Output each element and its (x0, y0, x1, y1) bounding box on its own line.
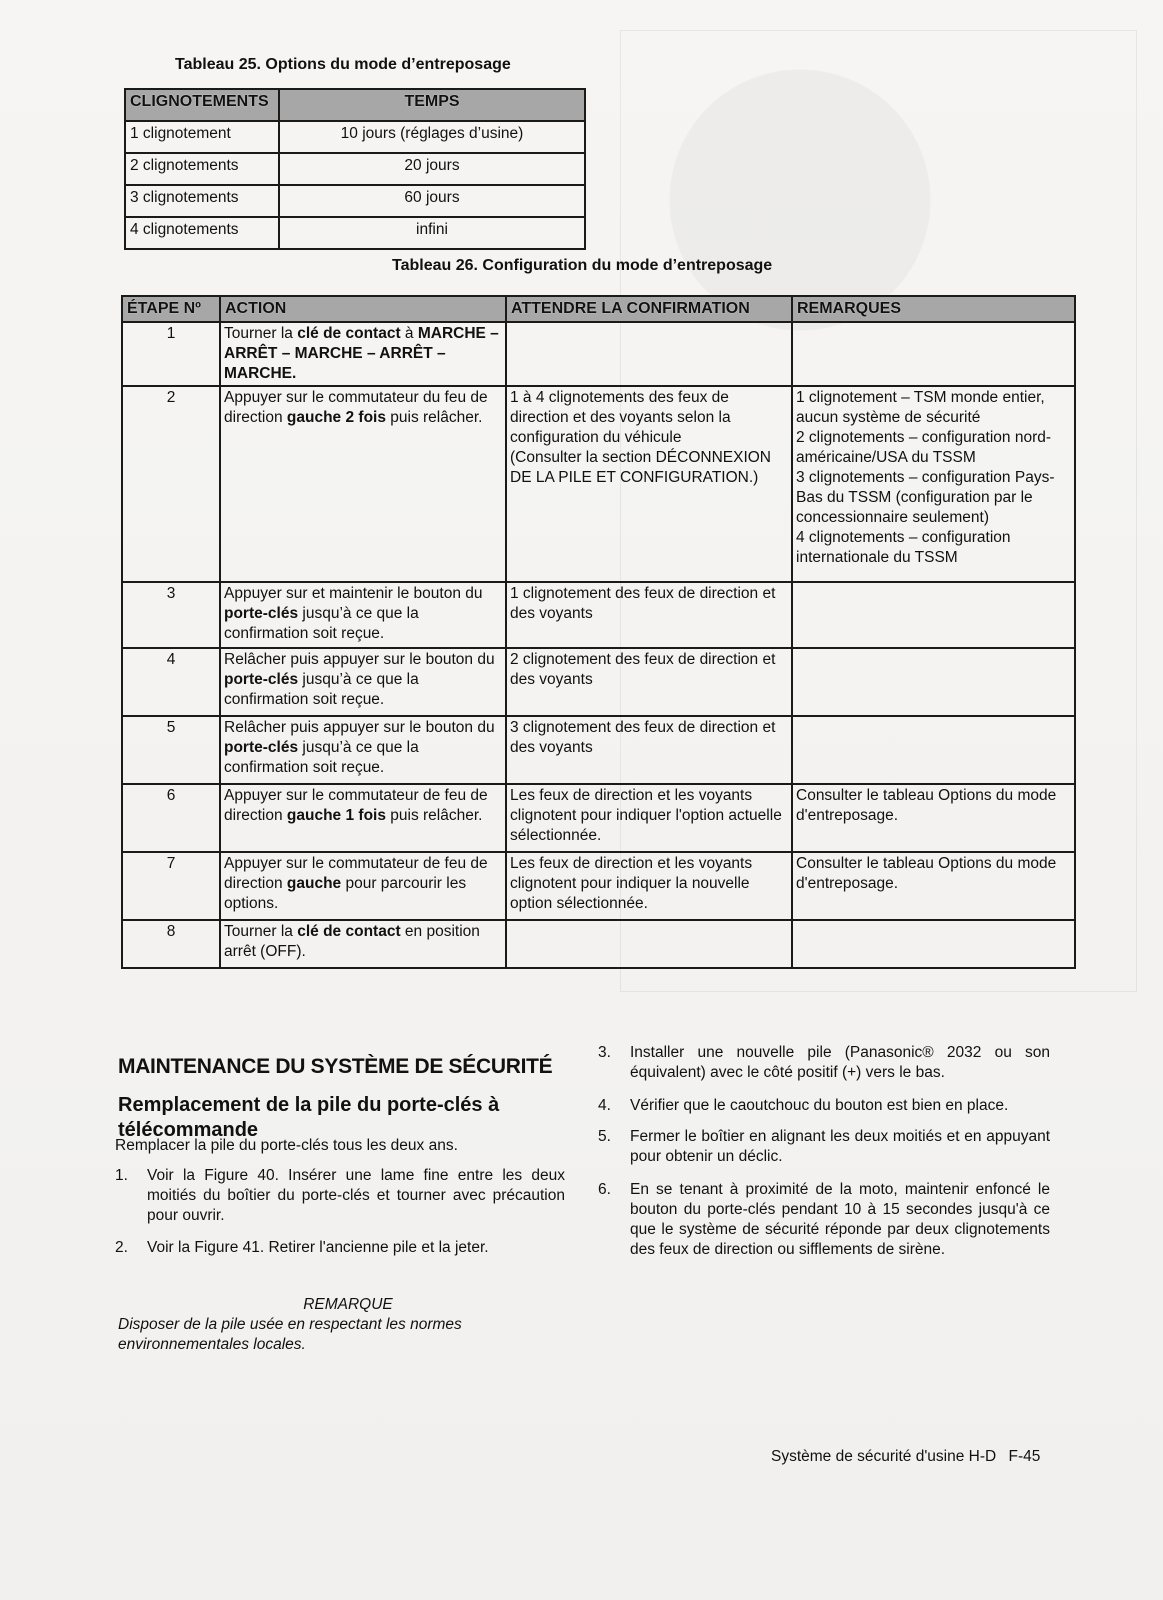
table-header-row: ÉTAPE Nº ACTION ATTENDRE LA CONFIRMATION… (122, 296, 1075, 322)
action-keyword: porte-clés (224, 605, 298, 622)
confirmation-line: Les feux de direction et les voyants cli… (510, 786, 788, 846)
cell-flashes: 2 clignotements (125, 153, 279, 185)
list-text: Fermer le boîtier en alignant les deux m… (630, 1127, 1050, 1167)
table-row: 8Tourner la clé de contact en position a… (122, 920, 1075, 968)
cell-step-number: 5 (122, 716, 220, 784)
note-title: REMARQUE (118, 1296, 578, 1314)
list-item: 6. En se tenant à proximité de la moto, … (598, 1180, 1050, 1260)
action-keyword: gauche 2 fois (287, 409, 386, 426)
cell-remarks (792, 322, 1075, 386)
table-row: 7Appuyer sur le commutateur de feu de di… (122, 852, 1075, 920)
action-text: Tourner la (224, 325, 297, 342)
table-header-row: CLIGNOTEMENTS TEMPS (125, 89, 585, 121)
cell-action: Tourner la clé de contact en position ar… (220, 920, 506, 968)
table-row: 2 clignotements20 jours (125, 153, 585, 185)
list-text: En se tenant à proximité de la moto, mai… (630, 1180, 1050, 1260)
cell-step-number: 1 (122, 322, 220, 386)
cell-action: Relâcher puis appuyer sur le bouton du p… (220, 716, 506, 784)
table-row: 3 clignotements60 jours (125, 185, 585, 217)
cell-duration: 60 jours (279, 185, 585, 217)
remark-line: 1 clignotement – TSM monde entier, aucun… (796, 388, 1071, 428)
cell-confirmation: 3 clignotement des feux de direction et … (506, 716, 792, 784)
cell-remarks: 1 clignotement – TSM monde entier, aucun… (792, 386, 1075, 582)
table-row: 5Relâcher puis appuyer sur le bouton du … (122, 716, 1075, 784)
confirmation-line: 1 clignotement des feux de direction et … (510, 584, 788, 624)
list-text: Voir la Figure 40. Insérer une lame fine… (147, 1166, 565, 1226)
cell-action: Appuyer sur le commutateur de feu de dir… (220, 784, 506, 852)
list-item: 4. Vérifier que le caoutchouc du bouton … (598, 1096, 1050, 1116)
cell-duration: 10 jours (réglages d’usine) (279, 121, 585, 153)
table-row: 2Appuyer sur le commutateur du feu de di… (122, 386, 1075, 582)
action-text: puis relâcher. (386, 409, 483, 426)
table-row: 3Appuyer sur et maintenir le bouton du p… (122, 582, 1075, 648)
cell-step-number: 6 (122, 784, 220, 852)
cell-remarks (792, 920, 1075, 968)
action-text: Relâcher puis appuyer sur le bouton du (224, 719, 495, 736)
cell-step-number: 2 (122, 386, 220, 582)
cell-flashes: 1 clignotement (125, 121, 279, 153)
list-item: 5. Fermer le boîtier en alignant les deu… (598, 1127, 1050, 1167)
cell-remarks (792, 582, 1075, 648)
cell-action: Relâcher puis appuyer sur le bouton du p… (220, 648, 506, 716)
action-keyword: clé de contact (297, 325, 400, 342)
action-keyword: porte-clés (224, 739, 298, 756)
table-row: 1 clignotement10 jours (réglages d’usine… (125, 121, 585, 153)
cell-step-number: 8 (122, 920, 220, 968)
action-text: puis relâcher. (386, 807, 483, 824)
note-body: Disposer de la pile usée en respectant l… (118, 1315, 580, 1355)
remark-line: 2 clignotements – configuration nord-amé… (796, 428, 1071, 468)
table-row: 1Tourner la clé de contact à MARCHE – AR… (122, 322, 1075, 386)
action-text: Relâcher puis appuyer sur le bouton du (224, 651, 495, 668)
list-number: 1. (115, 1166, 128, 1186)
confirmation-line: Les feux de direction et les voyants cli… (510, 854, 788, 914)
action-text: à (401, 325, 418, 342)
header-action: ACTION (220, 296, 506, 322)
cell-step-number: 4 (122, 648, 220, 716)
cell-remarks (792, 716, 1075, 784)
header-confirmation: ATTENDRE LA CONFIRMATION (506, 296, 792, 322)
list-item: 2. Voir la Figure 41. Retirer l'ancienne… (115, 1238, 565, 1258)
list-item: 3. Installer une nouvelle pile (Panasoni… (598, 1043, 1050, 1083)
table-storage-configuration: ÉTAPE Nº ACTION ATTENDRE LA CONFIRMATION… (121, 295, 1076, 969)
list-number: 6. (598, 1180, 611, 1200)
list-number: 5. (598, 1127, 611, 1147)
remark-line: Consulter le tableau Options du mode d'e… (796, 854, 1071, 894)
confirmation-line: 1 à 4 clignotements des feux de directio… (510, 388, 788, 448)
action-keyword: gauche (287, 875, 341, 892)
cell-confirmation: Les feux de direction et les voyants cli… (506, 852, 792, 920)
header-clignotements: CLIGNOTEMENTS (125, 89, 279, 121)
cell-step-number: 3 (122, 582, 220, 648)
page-footer: Système de sécurité d'usine H-D F-45 (771, 1448, 1040, 1466)
table-row: 6Appuyer sur le commutateur de feu de di… (122, 784, 1075, 852)
list-number: 4. (598, 1096, 611, 1116)
cell-remarks: Consulter le tableau Options du mode d'e… (792, 852, 1075, 920)
cell-step-number: 7 (122, 852, 220, 920)
list-number: 2. (115, 1238, 128, 1258)
action-keyword: clé de contact (297, 923, 400, 940)
cell-flashes: 3 clignotements (125, 185, 279, 217)
table26-caption: Tableau 26. Configuration du mode d’entr… (392, 257, 772, 275)
cell-action: Appuyer sur le commutateur de feu de dir… (220, 852, 506, 920)
table25-caption: Tableau 25. Options du mode d’entreposag… (175, 56, 511, 74)
cell-confirmation (506, 920, 792, 968)
remark-line: 4 clignotements – configuration internat… (796, 528, 1071, 568)
cell-action: Tourner la clé de contact à MARCHE – ARR… (220, 322, 506, 386)
action-keyword: gauche 1 fois (287, 807, 386, 824)
cell-duration: infini (279, 217, 585, 249)
list-number: 3. (598, 1043, 611, 1063)
cell-confirmation: Les feux de direction et les voyants cli… (506, 784, 792, 852)
header-remarques: REMARQUES (792, 296, 1075, 322)
action-keyword: porte-clés (224, 671, 298, 688)
section-title: MAINTENANCE DU SYSTÈME DE SÉCURITÉ (118, 1055, 552, 1079)
header-temps: TEMPS (279, 89, 585, 121)
list-text: Vérifier que le caoutchouc du bouton est… (630, 1096, 1050, 1116)
intro-paragraph: Remplacer la pile du porte-clés tous les… (115, 1136, 458, 1156)
confirmation-line: (Consulter la section DÉCONNEXION DE LA … (510, 448, 788, 488)
cell-remarks (792, 648, 1075, 716)
list-item: 1. Voir la Figure 40. Insérer une lame f… (115, 1166, 565, 1226)
cell-duration: 20 jours (279, 153, 585, 185)
header-etape: ÉTAPE Nº (122, 296, 220, 322)
footer-title: Système de sécurité d'usine H-D (771, 1448, 996, 1465)
cell-action: Appuyer sur le commutateur du feu de dir… (220, 386, 506, 582)
list-text: Installer une nouvelle pile (Panasonic® … (630, 1043, 1050, 1083)
page-number: F-45 (1009, 1448, 1041, 1465)
confirmation-line: 3 clignotement des feux de direction et … (510, 718, 788, 758)
cell-confirmation (506, 322, 792, 386)
table-row: 4 clignotementsinfini (125, 217, 585, 249)
table-row: 4Relâcher puis appuyer sur le bouton du … (122, 648, 1075, 716)
remark-line: Consulter le tableau Options du mode d'e… (796, 786, 1071, 826)
confirmation-line: 2 clignotement des feux de direction et … (510, 650, 788, 690)
list-text: Voir la Figure 41. Retirer l'ancienne pi… (147, 1238, 565, 1258)
cell-confirmation: 1 clignotement des feux de direction et … (506, 582, 792, 648)
cell-flashes: 4 clignotements (125, 217, 279, 249)
action-text: Tourner la (224, 923, 297, 940)
cell-remarks: Consulter le tableau Options du mode d'e… (792, 784, 1075, 852)
table-storage-options: CLIGNOTEMENTS TEMPS 1 clignotement10 jou… (124, 88, 586, 250)
action-text: Appuyer sur et maintenir le bouton du (224, 585, 483, 602)
remark-line: 3 clignotements – configuration Pays-Bas… (796, 468, 1071, 528)
cell-confirmation: 1 à 4 clignotements des feux de directio… (506, 386, 792, 582)
cell-confirmation: 2 clignotement des feux de direction et … (506, 648, 792, 716)
cell-action: Appuyer sur et maintenir le bouton du po… (220, 582, 506, 648)
